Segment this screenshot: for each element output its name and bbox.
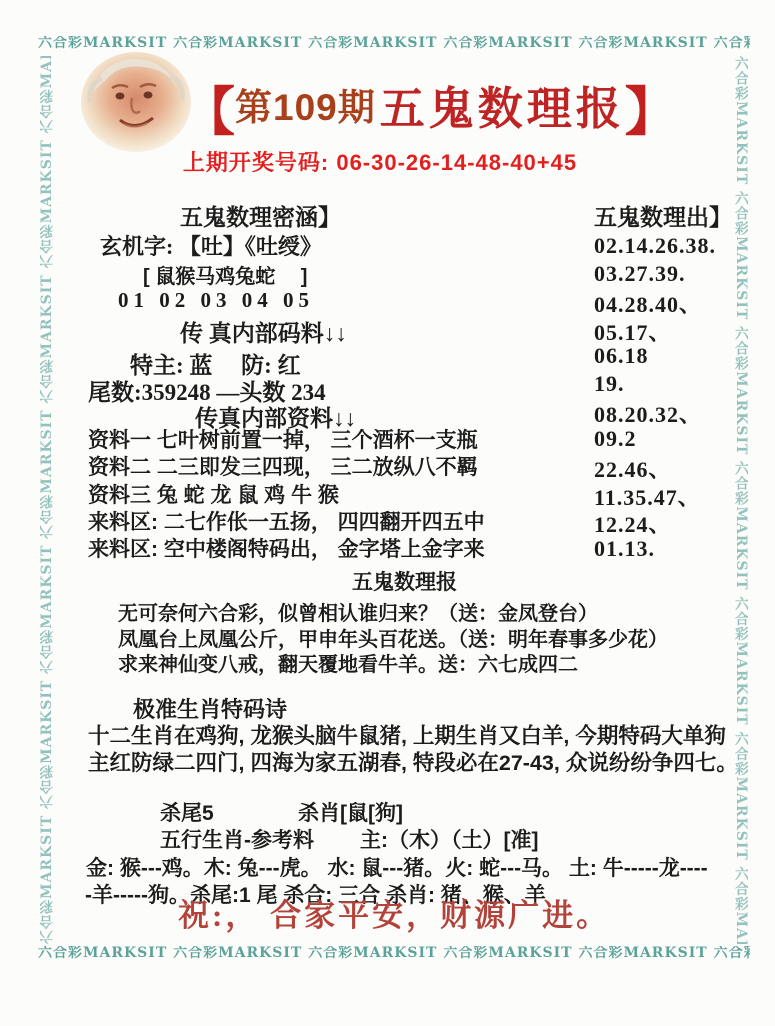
number-output-line: 08.20.32、 (594, 398, 716, 426)
right-panel-title: 五鬼数理出】 (594, 199, 732, 232)
zodiac-poem-line: 十二生肖在鸡狗, 龙猴头脑牛鼠猪, 上期生肖又白羊, 今期特码大单狗 (88, 719, 738, 746)
kill-zodiac-label: 杀肖[鼠[狗] (298, 797, 403, 827)
zodiac-bracket-row: [ 鼠猴马鸡兔蛇 ] (143, 260, 307, 289)
newspaper-page: 六合彩MARKSIT 六合彩MARKSIT 六合彩MARKSIT 六合彩MARK… (0, 0, 775, 1026)
title-bracket-right: 】 (625, 85, 677, 142)
number-output-line: 02.14.26.38. (594, 233, 716, 261)
poem-lines: 无可奈何六合彩，似曾相认谁归来？（送：金凤登台）凤凰台上凤凰公斤，甲申年头百花送… (118, 597, 668, 674)
number-sequence-row: 01 02 03 04 05 (118, 288, 314, 313)
fax-info-line: 资料一 七叶树前置一掉， 三个酒杯一支瓶 (88, 424, 485, 451)
border-pattern-right: 六合彩MARKSIT 六合彩MARKSIT 六合彩MARKSIT 六合彩MARK… (728, 56, 748, 944)
number-output-line: 09.2 (594, 426, 716, 454)
kill-tail-label: 杀尾5 (160, 797, 214, 827)
fax-info-line: 资料二 二三即发三四现， 三二放纵八不羁 (88, 451, 485, 478)
issue-number: 第109期 (235, 87, 376, 128)
number-output-line: 04.28.40、 (594, 288, 716, 316)
mascot-face-image (80, 50, 192, 154)
five-elements-mapping-line1: 金: 猴---鸡。木: 兔---虎。 水: 鼠---猪。火: 蛇---马。 土:… (86, 852, 708, 882)
number-output-line: 11.35.47、 (594, 481, 716, 509)
title-bracket-left: 【 (183, 85, 235, 142)
main-elements-line: 主:（木）（土）[准] (360, 824, 538, 854)
mascot-face-svg (80, 50, 192, 154)
poem-title: 五鬼数理报 (352, 566, 457, 596)
number-output-line: 12.24、 (594, 508, 716, 536)
number-output-line: 05.17、 (594, 316, 716, 344)
poem-line: 凤凰台上凤凰公斤，甲申年头百花送。（送：明年春事多少花） (118, 623, 668, 649)
five-elements-label: 五行生肖-参考料 (160, 824, 314, 854)
number-output-line: 19. (594, 371, 716, 399)
fax-info-line: 来料区: 空中楼阁特码出， 金字塔上金字来 (88, 533, 485, 560)
poem-line: 求来神仙变八戒，翻天覆地看牛羊。送：六七成四二 (118, 648, 668, 674)
border-pattern-bottom: 六合彩MARKSIT 六合彩MARKSIT 六合彩MARKSIT 六合彩MARK… (38, 946, 750, 966)
number-output-list: 02.14.26.38.03.27.39.04.28.40、05.17、06.1… (594, 233, 716, 563)
poem-line: 无可奈何六合彩，似曾相认谁归来？（送：金凤登台） (118, 597, 668, 623)
paper-title: 五鬼数理报 (380, 84, 625, 134)
masthead-title: 【第109期 五鬼数理报】 (183, 70, 677, 145)
number-output-line: 01.13. (594, 536, 716, 564)
number-output-line: 03.27.39. (594, 261, 716, 289)
border-pattern-left: 六合彩MARKSIT 六合彩MARKSIT 六合彩MARKSIT 六合彩MARK… (40, 56, 60, 944)
fax-info-lines: 资料一 七叶树前置一掉， 三个酒杯一支瓶资料二 二三即发三四现， 三二放纵八不羁… (88, 424, 485, 560)
number-output-line: 22.46、 (594, 453, 716, 481)
zodiac-poem-lines: 十二生肖在鸡狗, 龙猴头脑牛鼠猪, 上期生肖又白羊, 今期特码大单狗主红防绿二四… (88, 719, 738, 773)
left-panel-title: 五鬼数理密涵】 (180, 199, 341, 232)
blessing-text: 祝:， 合家平安，财源广进。 (178, 890, 610, 935)
number-output-line: 06.18 (594, 343, 716, 371)
mystery-characters-line: 玄机字: 【吐】《吐绶》 (100, 230, 322, 261)
fax-code-heading: 传 真内部码料↓↓ (180, 315, 347, 348)
fax-info-line: 资料三 兔 蛇 龙 鼠 鸡 牛 猴 (88, 479, 485, 506)
fax-info-line: 来料区: 二七作伥一五扬， 四四翻开四五中 (88, 506, 485, 533)
previous-draw-numbers: 上期开奖号码: 06-30-26-14-48-40+45 (60, 146, 700, 177)
zodiac-poem-line: 主红防绿二四门, 四海为家五湖春, 特段必在27-43, 众说纷纷争四七。 (88, 746, 738, 773)
